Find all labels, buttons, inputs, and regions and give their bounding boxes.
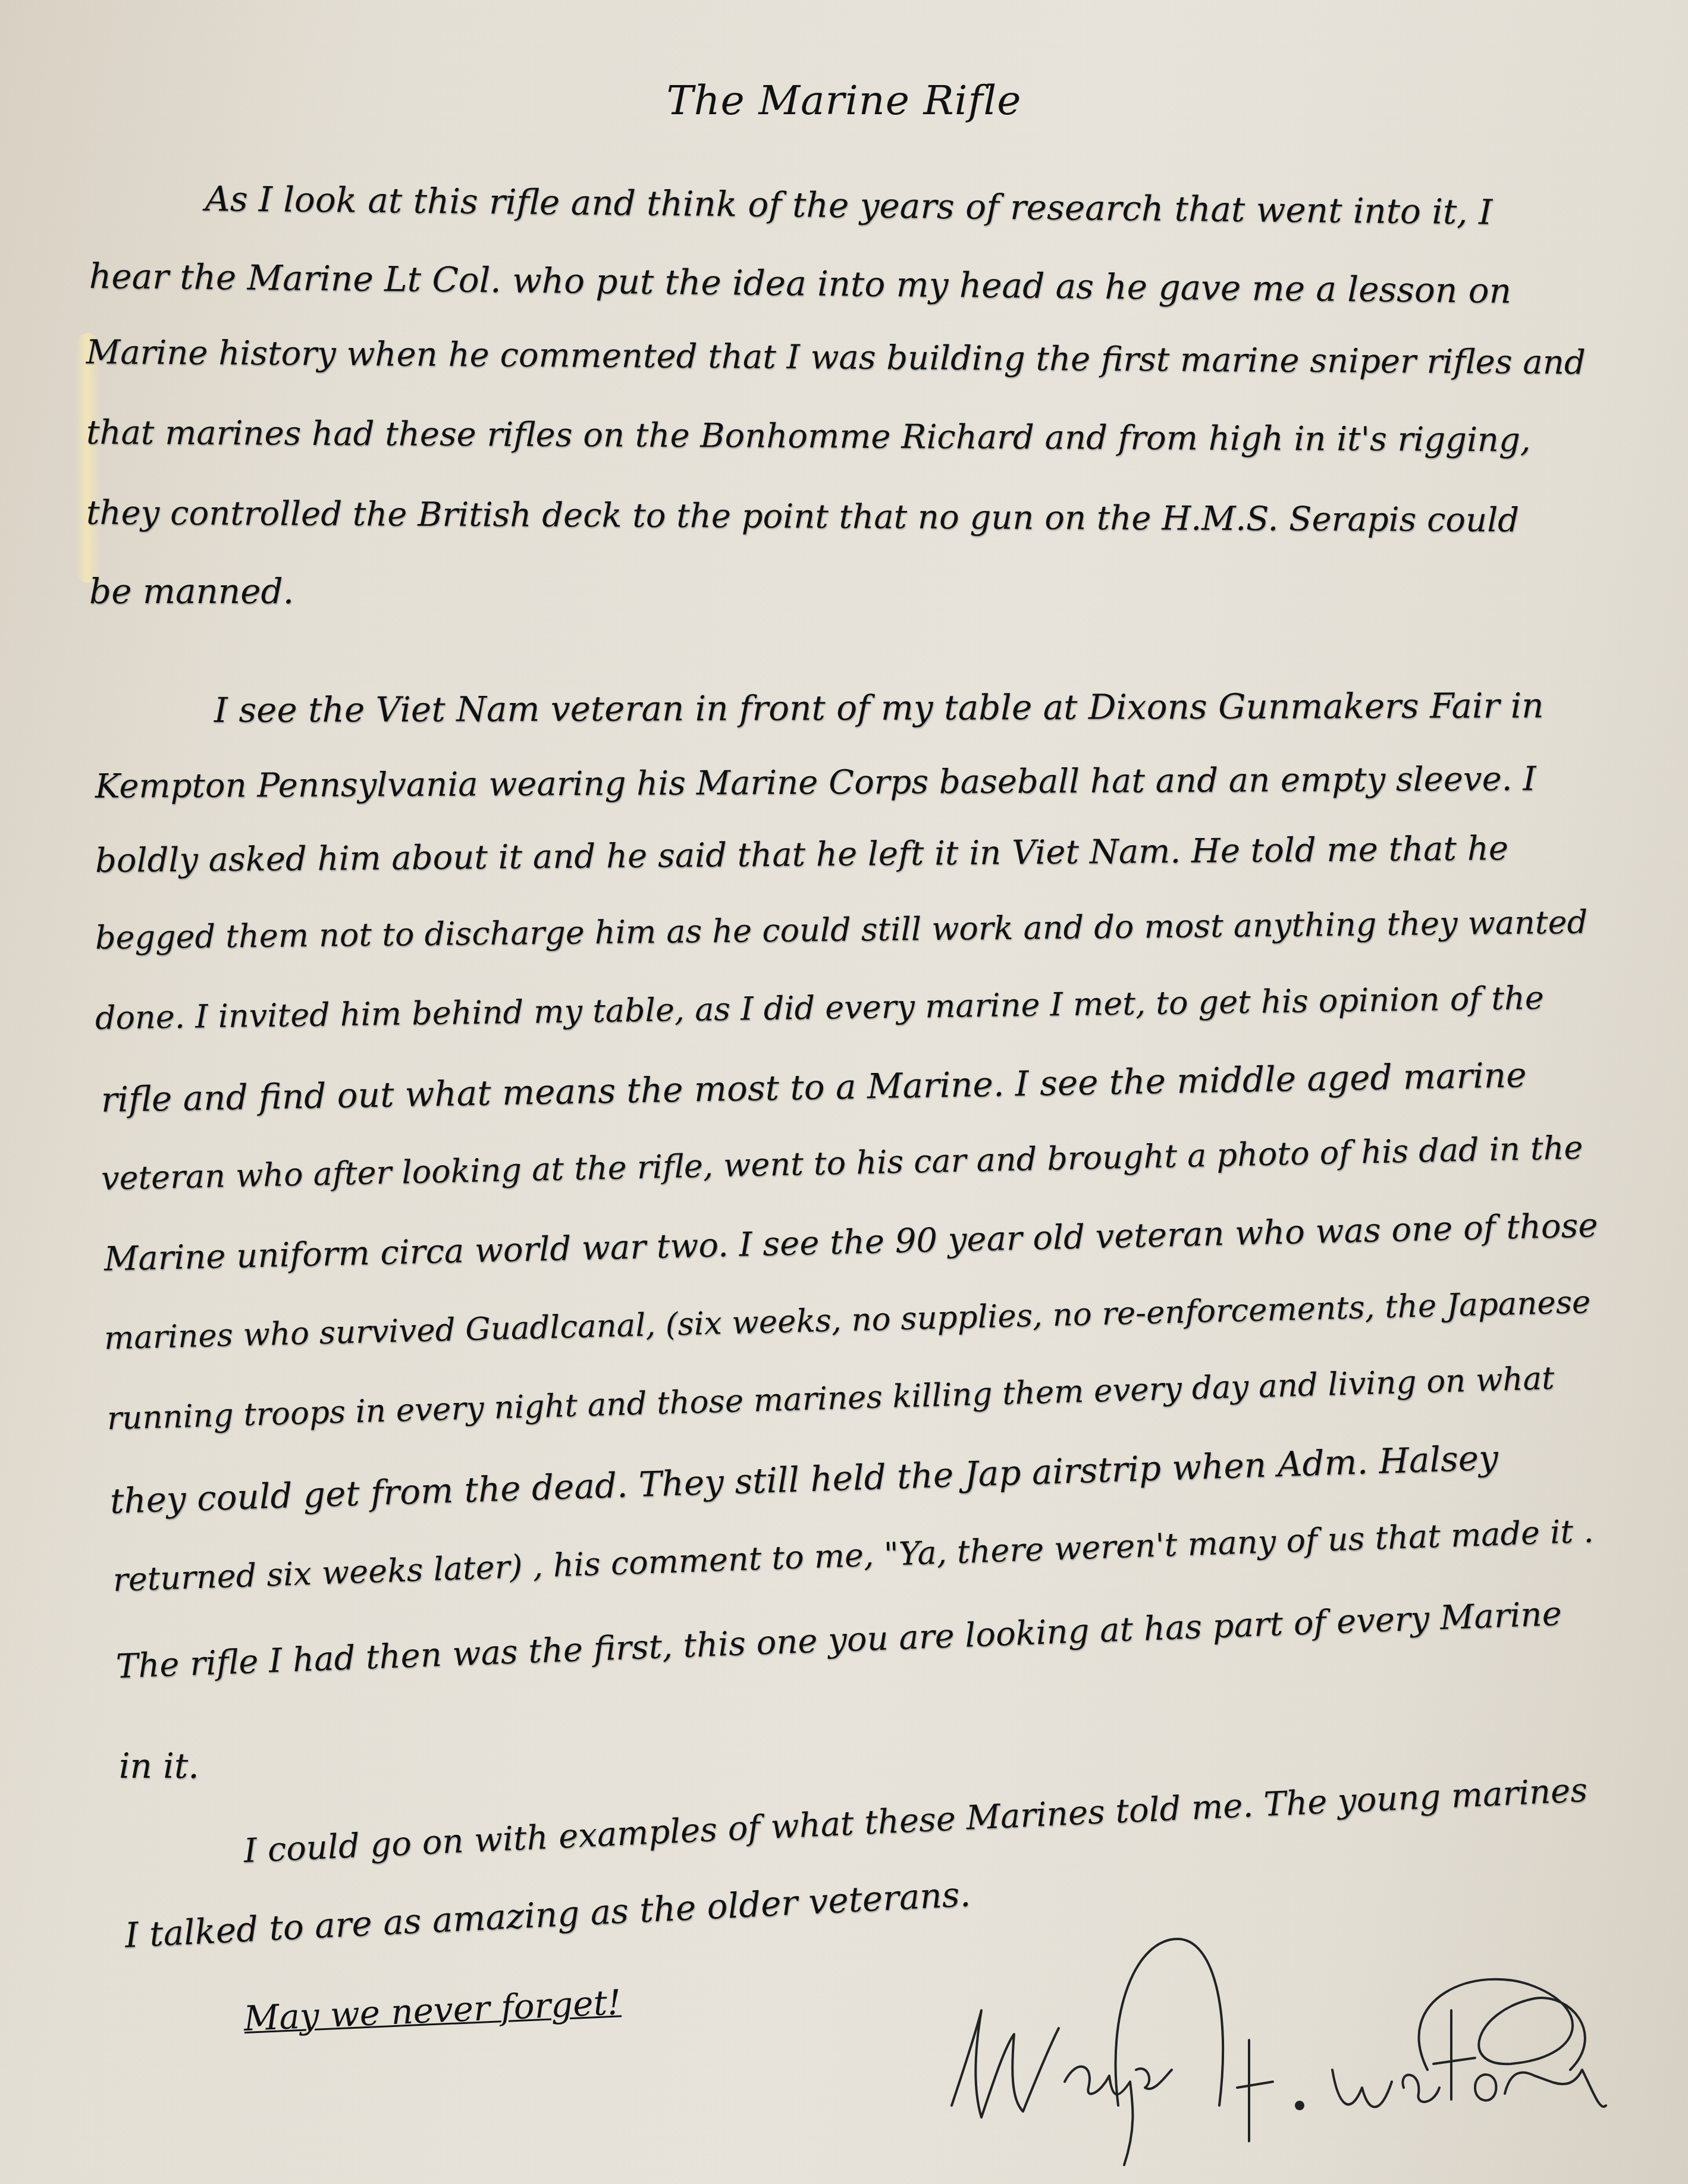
- document-title: The Marine Rifle: [0, 77, 1688, 124]
- paragraph-2-line-2: Kempton Pennsylvania wearing his Marine …: [95, 760, 1536, 806]
- paragraph-2-line-1: I see the Viet Nam veteran in front of m…: [214, 685, 1544, 730]
- paragraph-1-line-4: that marines had these rifles on the Bon…: [86, 413, 1531, 460]
- signature-handwritten: [940, 1891, 1630, 2177]
- paragraph-1-line-5: they controlled the British deck to the …: [86, 494, 1519, 540]
- paragraph-2-line-14: in it.: [119, 1746, 199, 1786]
- paragraph-1-line-6: be manned.: [89, 571, 294, 611]
